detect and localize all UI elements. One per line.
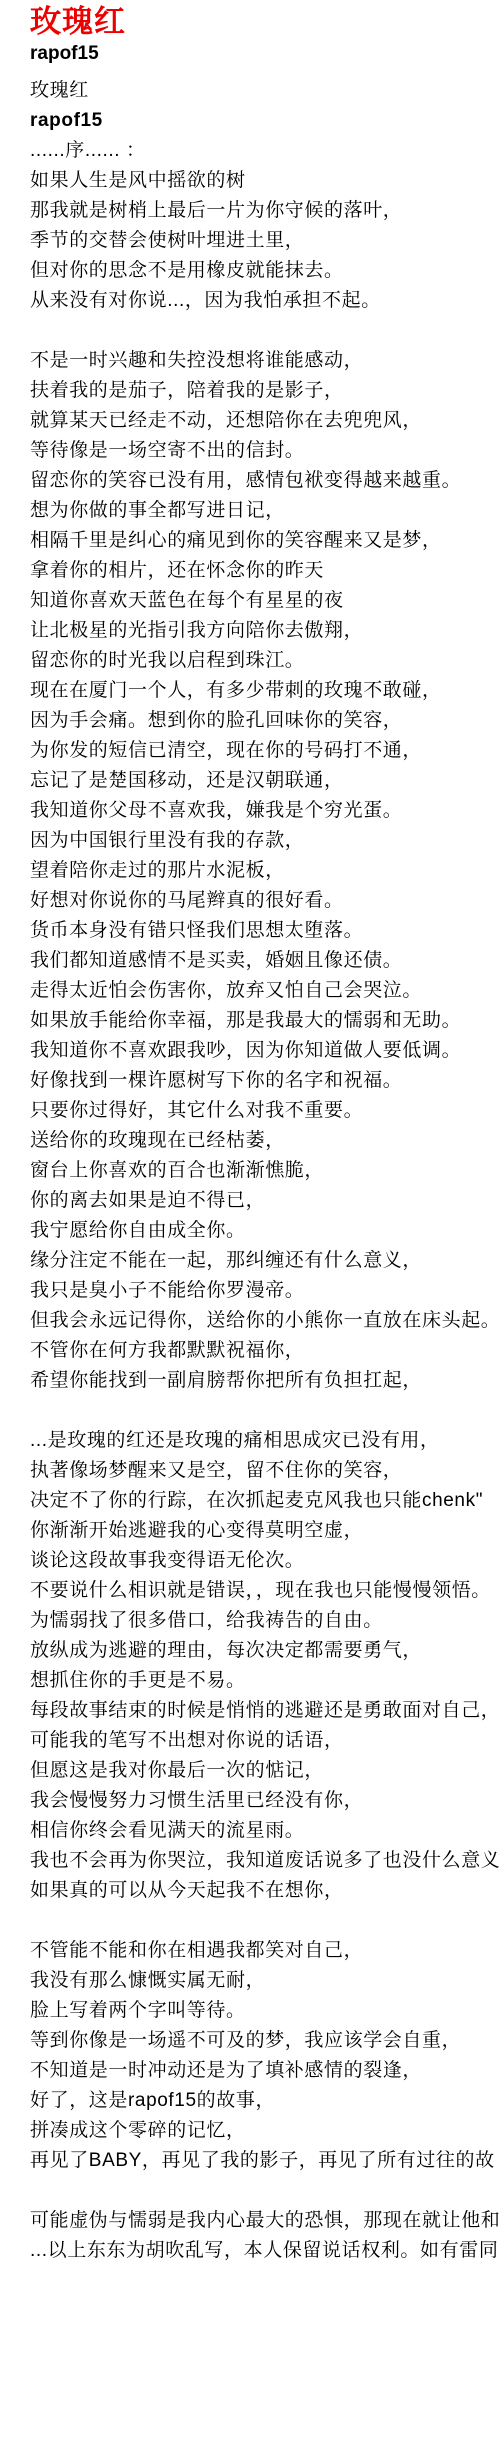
lyric-line: 好像找到一棵许愿树写下你的名字和祝福。 bbox=[30, 1066, 500, 1096]
lyric-line: 放纵成为逃避的理由，每次决定都需要勇气， bbox=[30, 1636, 500, 1666]
lyric-line: 再见了BABY，再见了我的影子，再见了所有过往的故 bbox=[30, 2146, 500, 2176]
lyric-line: 我也不会再为你哭泣，我知道废话说多了也没什么意义 bbox=[30, 1846, 500, 1876]
lyric-line: 窗台上你喜欢的百合也渐渐憔脆， bbox=[30, 1156, 500, 1186]
lyric-line: 等到你像是一场遥不可及的梦，我应该学会自重， bbox=[30, 2026, 500, 2056]
lyric-line: 希望你能找到一副肩膀帮你把所有负担扛起， bbox=[30, 1366, 500, 1396]
lyric-line: 货币本身没有错只怪我们思想太堕落。 bbox=[30, 916, 500, 946]
lyric-line: 我没有那么慷慨实属无耐， bbox=[30, 1966, 500, 1996]
blank-line bbox=[30, 1396, 500, 1426]
lyric-line: 就算某天已经走不动，还想陪你在去兜兜风， bbox=[30, 406, 500, 436]
lyric-line: 相信你终会看见满天的流星雨。 bbox=[30, 1816, 500, 1846]
lyric-line: 让北极星的光指引我方向陪你去傲翔， bbox=[30, 616, 500, 646]
lyric-line: 从来没有对你说...，因为我怕承担不起。 bbox=[30, 286, 500, 316]
lyric-line: 好了，这是rapof15的故事， bbox=[30, 2086, 500, 2116]
blank-line bbox=[30, 1906, 500, 1936]
lyric-line: 因为中国银行里没有我的存款， bbox=[30, 826, 500, 856]
lyric-line: 我们都知道感情不是买卖，婚姻且像还债。 bbox=[30, 946, 500, 976]
lyric-line: 拼凑成这个零碎的记忆， bbox=[30, 2116, 500, 2146]
lyric-line: 忘记了是楚国移动，还是汉朝联通， bbox=[30, 766, 500, 796]
lyric-line: ......序...... ： bbox=[30, 136, 500, 166]
lyric-line: 但我会永远记得你，送给你的小熊你一直放在床头起。 bbox=[30, 1306, 500, 1336]
lyric-line: 留恋你的时光我以启程到珠江。 bbox=[30, 646, 500, 676]
lyric-line: 知道你喜欢天蓝色在每个有星星的夜 bbox=[30, 586, 500, 616]
lyric-line: 脸上写着两个字叫等待。 bbox=[30, 1996, 500, 2026]
lyric-line: 好想对你说你的马尾辫真的很好看。 bbox=[30, 886, 500, 916]
lyric-line: 缘分注定不能在一起，那纠缠还有什么意义， bbox=[30, 1246, 500, 1276]
blank-line bbox=[30, 316, 500, 346]
lyric-line: ...以上东东为胡吹乱写，本人保留说话权利。如有雷同 bbox=[30, 2236, 500, 2266]
lyric-line: ...是玫瑰的红还是玫瑰的痛相思成灾已没有用， bbox=[30, 1426, 500, 1456]
lyric-line: 现在在厦门一个人，有多少带刺的玫瑰不敢碰， bbox=[30, 676, 500, 706]
lyric-line: 如果人生是风中摇欲的树 bbox=[30, 166, 500, 196]
lyric-line: 扶着我的是茄子，陪着我的是影子， bbox=[30, 376, 500, 406]
lyric-line: 想为你做的事全都写进日记， bbox=[30, 496, 500, 526]
lyric-line: 玫瑰红 bbox=[30, 76, 500, 106]
blank-line bbox=[30, 2176, 500, 2206]
lyric-line: 如果真的可以从今天起我不在想你， bbox=[30, 1876, 500, 1906]
lyric-line: 执著像场梦醒来又是空，留不住你的笑容， bbox=[30, 1456, 500, 1486]
content-area: 玫瑰红 rapof15 玫瑰红rapof15......序...... ：如果人… bbox=[0, 0, 500, 2266]
lyric-line: 想抓住你的手更是不易。 bbox=[30, 1666, 500, 1696]
lyric-line: 望着陪你走过的那片水泥板， bbox=[30, 856, 500, 886]
page-title: 玫瑰红 bbox=[30, 3, 500, 41]
lyric-line: 但对你的思念不是用橡皮就能抹去。 bbox=[30, 256, 500, 286]
lyric-line: 如果放手能给你幸福，那是我最大的懦弱和无助。 bbox=[30, 1006, 500, 1036]
lyric-line: 不知道是一时冲动还是为了填补感情的裂逢， bbox=[30, 2056, 500, 2086]
lyric-line: 季节的交替会使树叶埋进土里， bbox=[30, 226, 500, 256]
lyric-line: 只要你过得好，其它什么对我不重要。 bbox=[30, 1096, 500, 1126]
lyric-line: 我会慢慢努力习惯生活里已经没有你， bbox=[30, 1786, 500, 1816]
lyric-line: 为懦弱找了很多借口，给我祷告的自由。 bbox=[30, 1606, 500, 1636]
lyric-line: 决定不了你的行踪，在次抓起麦克风我也只能chenk" bbox=[30, 1486, 500, 1516]
lyric-line: 不是一时兴趣和失控没想将谁能感动， bbox=[30, 346, 500, 376]
lyric-line: 留恋你的笑容已没有用，感情包袱变得越来越重。 bbox=[30, 466, 500, 496]
lyric-line: rapof15 bbox=[30, 106, 500, 136]
lyrics-page: { "header": { "title": "玫瑰红", "author": … bbox=[0, 0, 500, 2440]
lyric-line: 不管你在何方我都默默祝福你， bbox=[30, 1336, 500, 1366]
lyric-line: 不要说什么相识就是错误，，现在我也只能慢慢领悟。 bbox=[30, 1576, 500, 1606]
lyric-line: 相隔千里是纠心的痛见到你的笑容醒来又是梦， bbox=[30, 526, 500, 556]
lyric-line: 可能虚伪与懦弱是我内心最大的恐惧，那现在就让他和 bbox=[30, 2206, 500, 2236]
lyric-line: 你渐渐开始逃避我的心变得莫明空虚， bbox=[30, 1516, 500, 1546]
page-author: rapof15 bbox=[30, 42, 500, 66]
lyric-line: 可能我的笔写不出想对你说的话语， bbox=[30, 1726, 500, 1756]
lyric-line: 等待像是一场空寄不出的信封。 bbox=[30, 436, 500, 466]
lyric-line: 我只是臭小子不能给你罗漫帝。 bbox=[30, 1276, 500, 1306]
lyric-line: 因为手会痛。想到你的脸孔回味你的笑容， bbox=[30, 706, 500, 736]
lyric-line: 我知道你不喜欢跟我吵，因为你知道做人要低调。 bbox=[30, 1036, 500, 1066]
lyric-line: 谈论这段故事我变得语无伦次。 bbox=[30, 1546, 500, 1576]
lyric-line: 每段故事结束的时候是悄悄的逃避还是勇敢面对自己， bbox=[30, 1696, 500, 1726]
lyric-line: 但愿这是我对你最后一次的惦记， bbox=[30, 1756, 500, 1786]
lyric-line: 我宁愿给你自由成全你。 bbox=[30, 1216, 500, 1246]
lyric-line: 那我就是树梢上最后一片为你守候的落叶， bbox=[30, 196, 500, 226]
lyric-line: 为你发的短信已清空，现在你的号码打不通， bbox=[30, 736, 500, 766]
lyric-line: 你的离去如果是迫不得已， bbox=[30, 1186, 500, 1216]
lyric-line: 拿着你的相片，还在怀念你的昨天 bbox=[30, 556, 500, 586]
lyric-line: 走得太近怕会伤害你，放弃又怕自己会哭泣。 bbox=[30, 976, 500, 1006]
lyric-line: 送给你的玫瑰现在已经枯萎， bbox=[30, 1126, 500, 1156]
lyrics-body: 玫瑰红rapof15......序...... ：如果人生是风中摇欲的树那我就是… bbox=[30, 76, 500, 2266]
lyric-line: 不管能不能和你在相遇我都笑对自己， bbox=[30, 1936, 500, 1966]
lyric-line: 我知道你父母不喜欢我，嫌我是个穷光蛋。 bbox=[30, 796, 500, 826]
